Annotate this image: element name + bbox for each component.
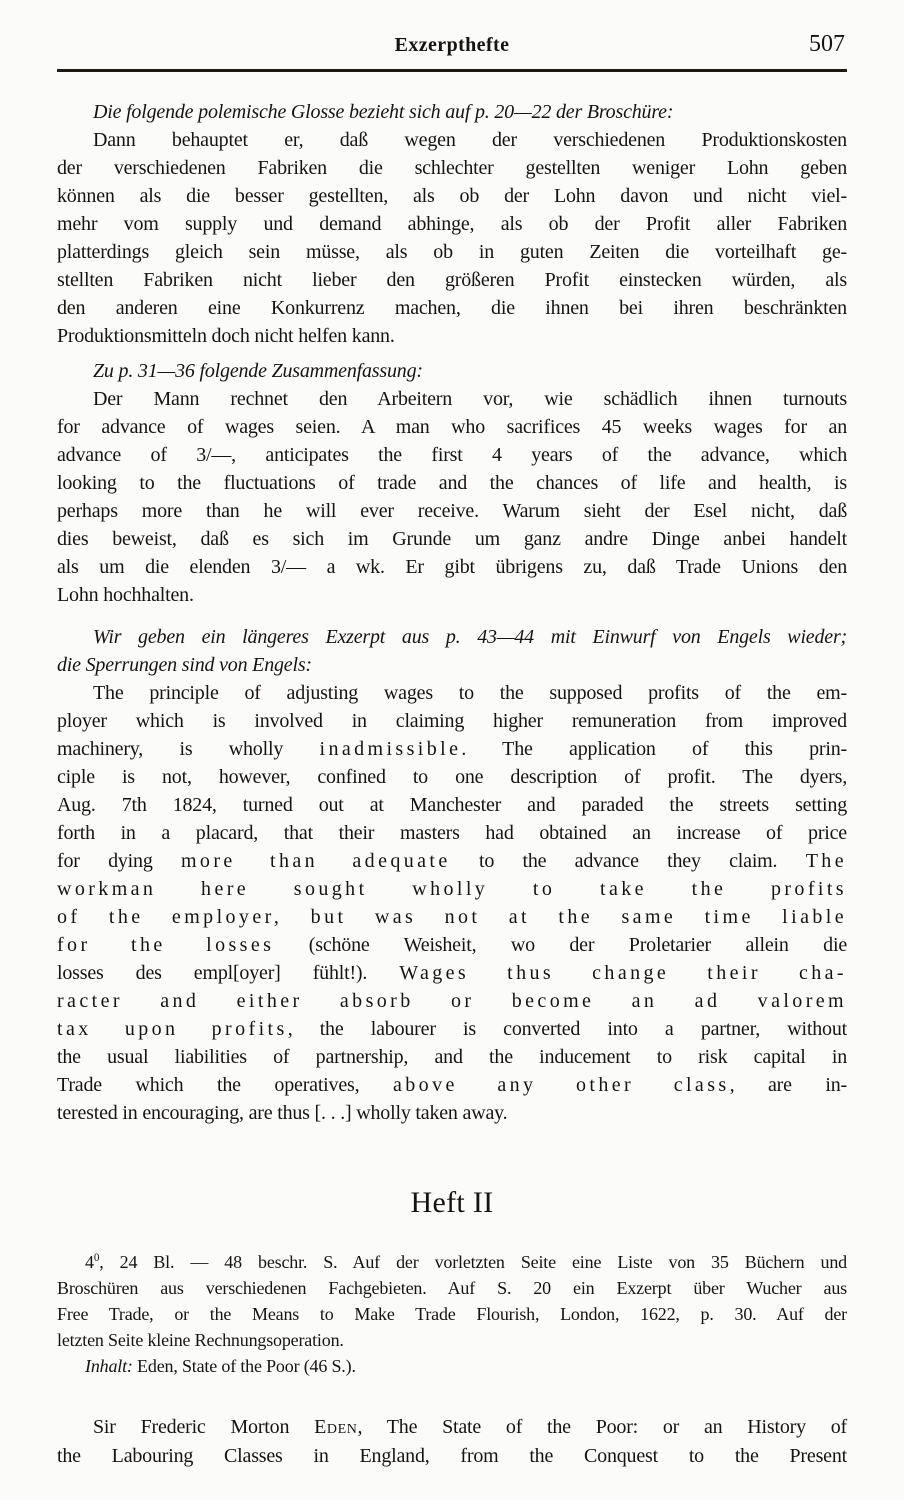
text-segment: for advance of wages seien. A man who sa… <box>57 416 847 438</box>
text-segment: , 24 Bl. — 48 beschr. S. Auf der vorletz… <box>99 1252 847 1272</box>
text-segment: losses des empl[oyer] fühlt!). <box>57 962 399 984</box>
text-line: losses des empl[oyer] fühlt!). Wages thu… <box>57 959 847 987</box>
text-block-para: The principle of adjusting wages to the … <box>57 679 847 1127</box>
header-rule <box>57 69 847 72</box>
text-segment: Eden, State of the Poor (46 S.). <box>133 1356 356 1376</box>
text-line: for the losses (schöne Weisheit, wo der … <box>57 931 847 959</box>
text-line: stellten Fabriken nicht lieber den größe… <box>57 266 847 294</box>
text-segment: (schöne Weisheit, wo der Proletarier all… <box>274 934 847 956</box>
text-segment: als um die elenden 3/— a wk. Er gibt übr… <box>57 556 847 578</box>
text-line: Die folgende polemische Glosse bezieht s… <box>57 98 847 126</box>
text-segment: the usual liabilities of partnership, an… <box>57 1046 847 1068</box>
text-segment: forth in a placard, that their masters h… <box>57 822 847 844</box>
text-segment: advance of 3/—, anticipates the first 4 … <box>57 444 847 466</box>
text-line: mehr vom supply und demand abhinge, als … <box>57 210 847 238</box>
text-line: workman here sought wholly to take the p… <box>57 875 847 903</box>
text-segment: Wages thus change their cha- <box>399 962 847 984</box>
text-segment: Broschüren aus verschiedenen Fachgebiete… <box>57 1278 847 1298</box>
text-line: Trade which the operatives, above any ot… <box>57 1071 847 1099</box>
text-line: 40, 24 Bl. — 48 beschr. S. Auf der vorle… <box>57 1249 847 1275</box>
text-line: ployer which is involved in claiming hig… <box>57 707 847 735</box>
text-line: Inhalt: Eden, State of the Poor (46 S.). <box>57 1353 847 1379</box>
text-segment: . The application of this prin- <box>461 738 847 760</box>
text-line: die Sperrungen sind von Engels: <box>57 651 847 679</box>
text-block-note: Die folgende polemische Glosse bezieht s… <box>57 98 847 126</box>
text-segment: den anderen eine Konkurrenz machen, die … <box>57 297 847 319</box>
text-segment: of the employer, but was not at the same… <box>57 906 847 928</box>
text-block-para: Der Mann rechnet den Arbeitern vor, wie … <box>57 385 847 609</box>
text-line: Dann behauptet er, daß wegen der verschi… <box>57 126 847 154</box>
text-segment: platterdings gleich sein müsse, als ob i… <box>57 241 847 263</box>
text-line: of the employer, but was not at the same… <box>57 903 847 931</box>
text-line: platterdings gleich sein müsse, als ob i… <box>57 238 847 266</box>
text-line: Produktionsmitteln doch nicht helfen kan… <box>57 322 847 350</box>
text-segment: Eden <box>314 1416 357 1438</box>
text-line: machinery, is wholly inadmissible. The a… <box>57 735 847 763</box>
text-segment: die Sperrungen sind von Engels: <box>57 654 312 676</box>
text-segment: racter and either absorb or become an ad… <box>57 990 847 1012</box>
text-line: Aug. 7th 1824, turned out at Manchester … <box>57 791 847 819</box>
text-segment: the Labouring Classes in England, from t… <box>57 1445 847 1467</box>
text-segment: looking to the fluctuations of trade and… <box>57 472 847 494</box>
text-segment: Produktionsmitteln doch nicht helfen kan… <box>57 325 395 347</box>
text-line: Lohn hochhalten. <box>57 581 847 609</box>
text-segment: , the labourer is converted into a partn… <box>288 1018 847 1040</box>
text-line: forth in a placard, that their masters h… <box>57 819 847 847</box>
text-block-note: Zu p. 31—36 folgende Zusammenfassung: <box>57 357 847 385</box>
text-segment: Dann behauptet er, daß wegen der verschi… <box>93 129 847 151</box>
running-head: Exzerpthefte 507 <box>57 34 847 62</box>
book-page: Exzerpthefte 507 Die folgende polemische… <box>0 0 904 1500</box>
text-segment: tax upon profits <box>57 1018 288 1040</box>
text-segment: Free Trade, or the Means to Make Trade F… <box>57 1304 847 1324</box>
text-line: als um die elenden 3/— a wk. Er gibt übr… <box>57 553 847 581</box>
text-line: The principle of adjusting wages to the … <box>57 679 847 707</box>
text-segment: stellten Fabriken nicht lieber den größe… <box>57 269 847 291</box>
text-line: for advance of wages seien. A man who sa… <box>57 413 847 441</box>
text-segment: The <box>806 850 847 872</box>
text-line: dies beweist, daß es sich im Grunde um g… <box>57 525 847 553</box>
text-segment: The principle of adjusting wages to the … <box>93 682 847 704</box>
section-heading: Heft II <box>57 1183 847 1223</box>
text-segment: Aug. 7th 1824, turned out at Manchester … <box>57 794 847 816</box>
text-segment: for the losses <box>57 934 274 956</box>
text-line: racter and either absorb or become an ad… <box>57 987 847 1015</box>
text-segment: 4 <box>85 1252 94 1272</box>
text-segment: perhaps more than he will ever receive. … <box>57 500 847 522</box>
text-segment: letzten Seite kleine Rechnungsoperation. <box>57 1330 344 1350</box>
text-segment: above any other class <box>393 1074 730 1096</box>
text-segment: for dying <box>57 850 181 872</box>
text-segment: workman here sought wholly to take the p… <box>57 878 847 900</box>
text-line: letzten Seite kleine Rechnungsoperation. <box>57 1327 847 1353</box>
text-line: the usual liabilities of partnership, an… <box>57 1043 847 1071</box>
text-segment: können als die besser gestellten, als ob… <box>57 185 847 207</box>
text-segment: to the advance they claim. <box>451 850 806 872</box>
text-segment: mehr vom supply und demand abhinge, als … <box>57 213 847 235</box>
text-line: for dying more than adequate to the adva… <box>57 847 847 875</box>
text-line: perhaps more than he will ever receive. … <box>57 497 847 525</box>
text-line: können als die besser gestellten, als ob… <box>57 182 847 210</box>
text-line: tax upon profits, the labourer is conver… <box>57 1015 847 1043</box>
page-content: Die folgende polemische Glosse bezieht s… <box>57 98 847 1471</box>
text-segment: Trade which the operatives, <box>57 1074 393 1096</box>
text-line: der verschiedenen Fabriken die schlechte… <box>57 154 847 182</box>
text-segment: Zu p. 31—36 folgende Zusammenfassung: <box>93 360 423 382</box>
text-segment: Wir geben ein längeres Exzerpt aus p. 43… <box>93 626 847 648</box>
text-segment: machinery, is wholly <box>57 738 319 760</box>
text-line: looking to the fluctuations of trade and… <box>57 469 847 497</box>
text-block-final: Sir Frederic Morton Eden, The State of t… <box>57 1413 847 1471</box>
text-segment: ployer which is involved in claiming hig… <box>57 710 847 732</box>
text-line: Free Trade, or the Means to Make Trade F… <box>57 1301 847 1327</box>
text-line: the Labouring Classes in England, from t… <box>57 1442 847 1471</box>
text-segment: dies beweist, daß es sich im Grunde um g… <box>57 528 847 550</box>
text-segment: , are in- <box>730 1074 847 1096</box>
text-segment: Lohn hochhalten. <box>57 584 194 606</box>
page-number: 507 <box>809 31 845 58</box>
text-segment: der verschiedenen Fabriken die schlechte… <box>57 157 847 179</box>
text-segment: Inhalt: <box>85 1356 133 1376</box>
text-line: ciple is not, however, confined to one d… <box>57 763 847 791</box>
text-line: Wir geben ein längeres Exzerpt aus p. 43… <box>57 623 847 651</box>
text-line: Sir Frederic Morton Eden, The State of t… <box>57 1413 847 1442</box>
text-block-note: Wir geben ein längeres Exzerpt aus p. 43… <box>57 623 847 679</box>
text-segment: , The State of the Poor: or an History o… <box>357 1416 847 1438</box>
text-block-small: 40, 24 Bl. — 48 beschr. S. Auf der vorle… <box>57 1249 847 1379</box>
text-segment: inadmissible <box>319 738 461 760</box>
text-segment: Sir Frederic Morton <box>93 1416 314 1438</box>
text-line: advance of 3/—, anticipates the first 4 … <box>57 441 847 469</box>
text-line: Der Mann rechnet den Arbeitern vor, wie … <box>57 385 847 413</box>
text-segment: more than adequate <box>181 850 451 872</box>
text-line: den anderen eine Konkurrenz machen, die … <box>57 294 847 322</box>
running-head-title: Exzerpthefte <box>57 34 847 57</box>
text-line: Broschüren aus verschiedenen Fachgebiete… <box>57 1275 847 1301</box>
text-segment: Der Mann rechnet den Arbeitern vor, wie … <box>93 388 847 410</box>
text-segment: terested in encouraging, are thus [. . .… <box>57 1102 507 1124</box>
text-line: Zu p. 31—36 folgende Zusammenfassung: <box>57 357 847 385</box>
text-block-para: Dann behauptet er, daß wegen der verschi… <box>57 126 847 350</box>
text-segment: ciple is not, however, confined to one d… <box>57 766 847 788</box>
text-segment: Die folgende polemische Glosse bezieht s… <box>93 101 673 123</box>
text-line: terested in encouraging, are thus [. . .… <box>57 1099 847 1127</box>
